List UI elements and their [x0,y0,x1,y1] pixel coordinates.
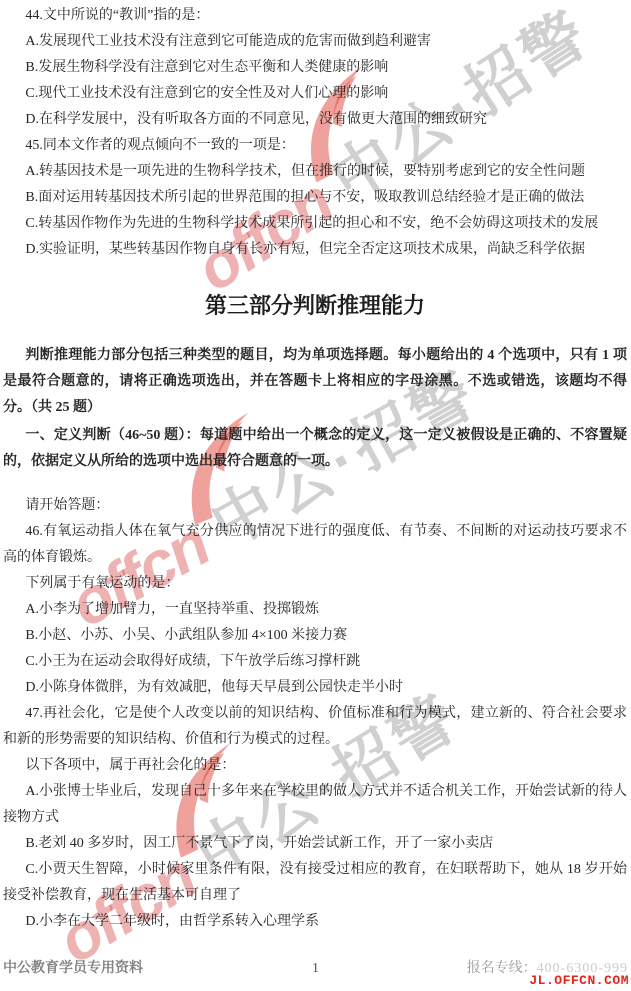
footer-material-label: 中公教育学员专用资料 [3,959,312,979]
question-47-stem: 47.再社会化，它是使个人改变以前的知识结构、价值标准和行为模式，建立新的、符合… [3,701,627,753]
exam-page: offcn 中公·招警 offcn 中公·招警 offcn 中公·招警 44.文… [0,0,631,991]
part3-instructions: 判断推理能力部分包括三种类型的题目，均为单项选择题。每小题给出的 4 个选项中，… [3,343,627,421]
question-44-stem: 44.文中所说的“教训”指的是： [3,3,627,29]
question-46-option-b: B.小赵、小苏、小吴、小武组队参加 4×100 米接力赛 [3,623,627,649]
offcn-site-watermark: JL.OFFCN.COM [529,973,629,988]
question-46-stem: 46.有氧运动指人体在氧气充分供应的情况下进行的强度低、有节奏、不间断的对运动技… [3,519,627,571]
document-body: 44.文中所说的“教训”指的是： A.发展现代工业技术没有注意到它可能造成的危害… [0,0,631,935]
question-47-option-c: C.小贾天生智障，小时候家里条件有限，没有接受过相应的教育，在妇联帮助下，她从 … [3,857,627,909]
begin-answering-prompt: 请开始答题： [3,493,627,519]
question-46-option-d: D.小陈身体微胖，为有效减肥，他每天早晨到公园快走半小时 [3,675,627,701]
question-45-option-c: C.转基因作物作为先进的生物科学技术成果所引起的担心和不安，绝不会妨碍这项技术的… [3,211,627,237]
part3-title: 第三部分判断推理能力 [3,291,627,321]
question-46-option-c: C.小王为在运动会取得好成绩，下午放学后练习撑杆跳 [3,649,627,675]
question-45-stem: 45.同本文作者的观点倾向不一致的一项是： [3,133,627,159]
question-44-option-c: C.现代工业技术没有注意到它的安全性及对人们心理的影响 [3,81,627,107]
question-44-option-a: A.发展现代工业技术没有注意到它可能造成的危害而做到趋利避害 [3,29,627,55]
question-44-option-b: B.发展生物科学没有注意到它对生态平衡和人类健康的影响 [3,55,627,81]
question-47-option-b: B.老刘 40 多岁时，因工厂不景气下了岗，开始尝试新工作，开了一家小卖店 [3,831,627,857]
question-47-option-a: A.小张博士毕业后，发现自己十多年来在学校里的做人方式并不适合机关工作，开始尝试… [3,779,627,831]
question-47: 47.再社会化，它是使个人改变以前的知识结构、价值标准和行为模式，建立新的、符合… [3,701,627,935]
question-45-option-b: B.面对运用转基因技术所引起的世界范围的担心与不安，吸取教训总结经验才是正确的做… [3,185,627,211]
page-number: 1 [312,959,319,979]
question-44-option-d: D.在科学发展中，没有听取各方面的不同意见，没有做更大范围的细致研究 [3,107,627,133]
question-45: 45.同本文作者的观点倾向不一致的一项是： A.转基因技术是一项先进的生物科学技… [3,133,627,263]
question-45-option-d: D.实验证明，某些转基因作物自身有长亦有短，但完全否定这项技术成果，尚缺乏科学依… [3,237,627,263]
question-47-option-d: D.小李在大学二年级时，由哲学系转入心理学系 [3,909,627,935]
question-46-option-a: A.小李为了增加臂力，一直坚持举重、投掷锻炼 [3,597,627,623]
question-45-option-a: A.转基因技术是一项先进的生物科学技术，但在推行的时候，要特别考虑到它的安全性问… [3,159,627,185]
subsection-definition-judgment: 一、定义判断（46~50 题）：每道题中给出一个概念的定义，这一定义被假设是正确… [3,423,627,475]
question-44: 44.文中所说的“教训”指的是： A.发展现代工业技术没有注意到它可能造成的危害… [3,3,627,133]
hotline-label: 报名专线： [467,961,537,976]
question-46-prompt: 下列属于有氧运动的是： [3,571,627,597]
question-47-prompt: 以下各项中，属于再社会化的是： [3,753,627,779]
question-46: 46.有氧运动指人体在氧气充分供应的情况下进行的强度低、有节奏、不间断的对运动技… [3,519,627,701]
